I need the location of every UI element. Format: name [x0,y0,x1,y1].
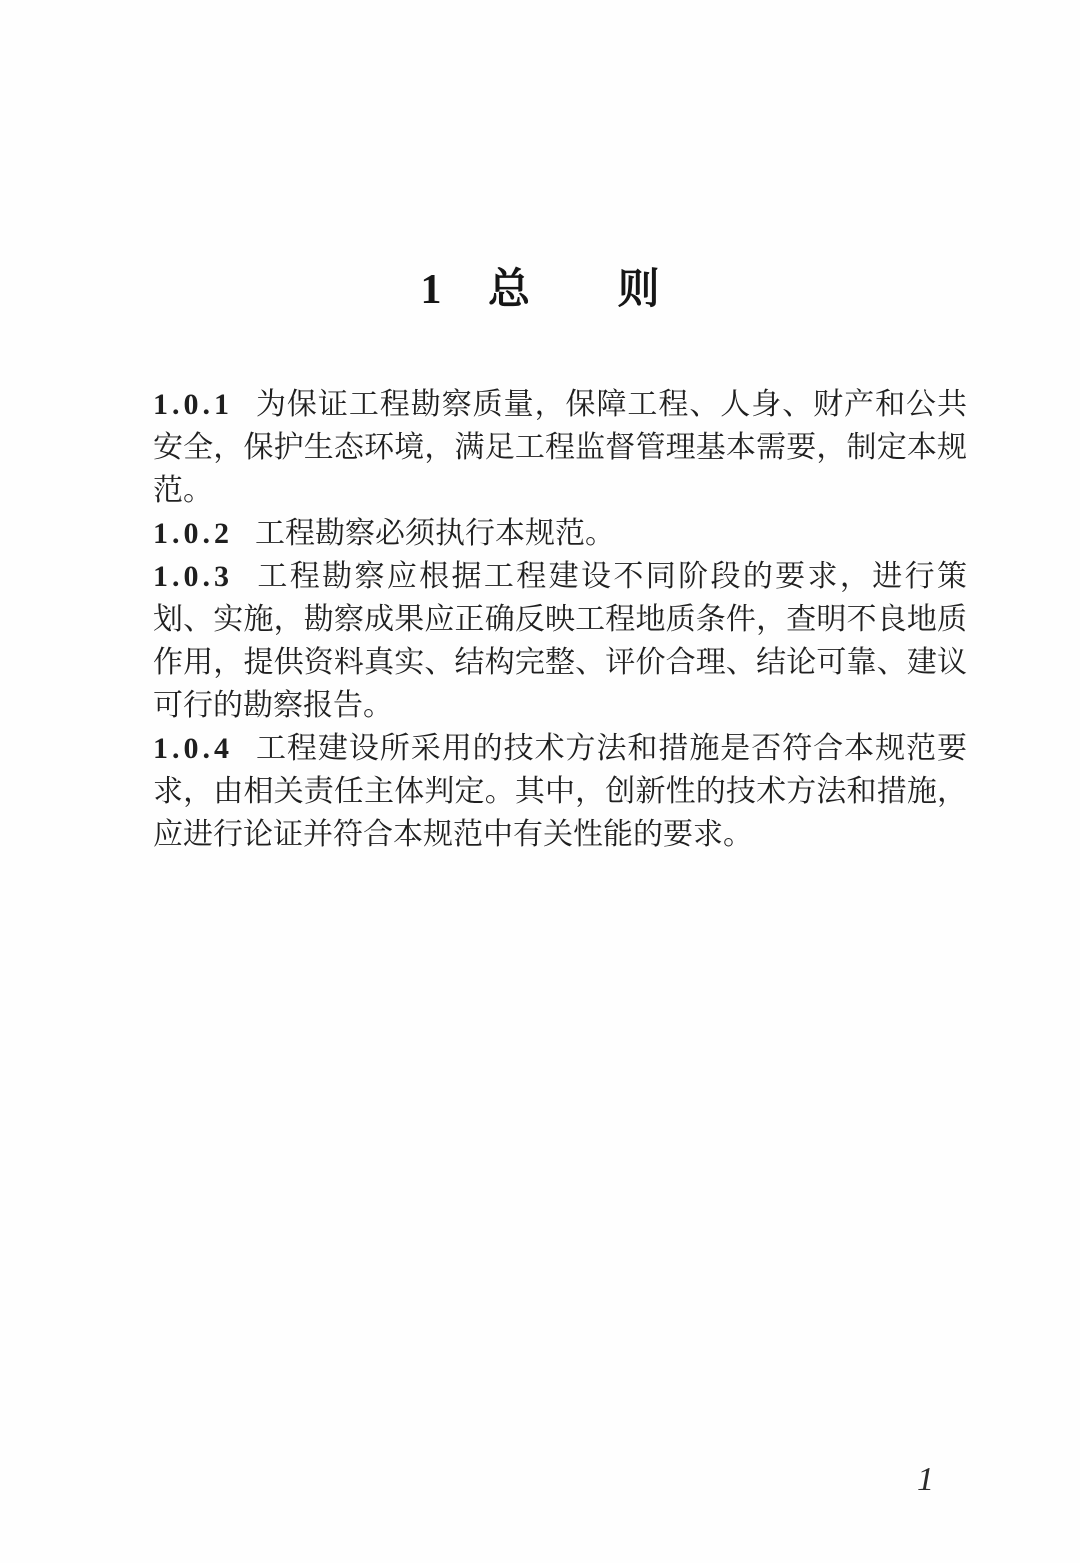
page-number: 1 [917,1460,934,1500]
clause-number: 1.0.1 [153,388,233,421]
document-page: 1 总 则 1.0.1为保证工程勘察质量，保障工程、人身、财产和公共安全，保护生… [0,0,1080,1563]
clause-paragraph: 1.0.1为保证工程勘察质量，保障工程、人身、财产和公共安全，保护生态环境，满足… [153,383,967,512]
clause-paragraph: 1.0.4工程建设所采用的技术方法和措施是否符合本规范要求，由相关责任主体判定。… [153,727,967,856]
clause-number: 1.0.4 [153,732,233,765]
body-text: 1.0.1为保证工程勘察质量，保障工程、人身、财产和公共安全，保护生态环境，满足… [153,383,967,856]
clause-text: 为保证工程勘察质量，保障工程、人身、财产和公共安全，保护生态环境，满足工程监督管… [153,388,967,507]
clause-text: 工程建设所采用的技术方法和措施是否符合本规范要求，由相关责任主体判定。其中，创新… [153,732,967,851]
chapter-title-char: 则 [618,264,660,316]
clause-number: 1.0.3 [153,560,233,593]
chapter-title-char: 总 [488,264,530,316]
clause-text: 工程勘察必须执行本规范。 [255,517,615,550]
clause-paragraph: 1.0.2工程勘察必须执行本规范。 [153,512,967,555]
clause-text: 工程勘察应根据工程建设不同阶段的要求，进行策划、实施，勘察成果应正确反映工程地质… [153,560,967,722]
clause-paragraph: 1.0.3工程勘察应根据工程建设不同阶段的要求，进行策划、实施，勘察成果应正确反… [153,555,967,727]
chapter-title: 1 总 则 [0,0,1080,316]
chapter-number: 1 [420,264,441,316]
clause-number: 1.0.2 [153,517,233,550]
